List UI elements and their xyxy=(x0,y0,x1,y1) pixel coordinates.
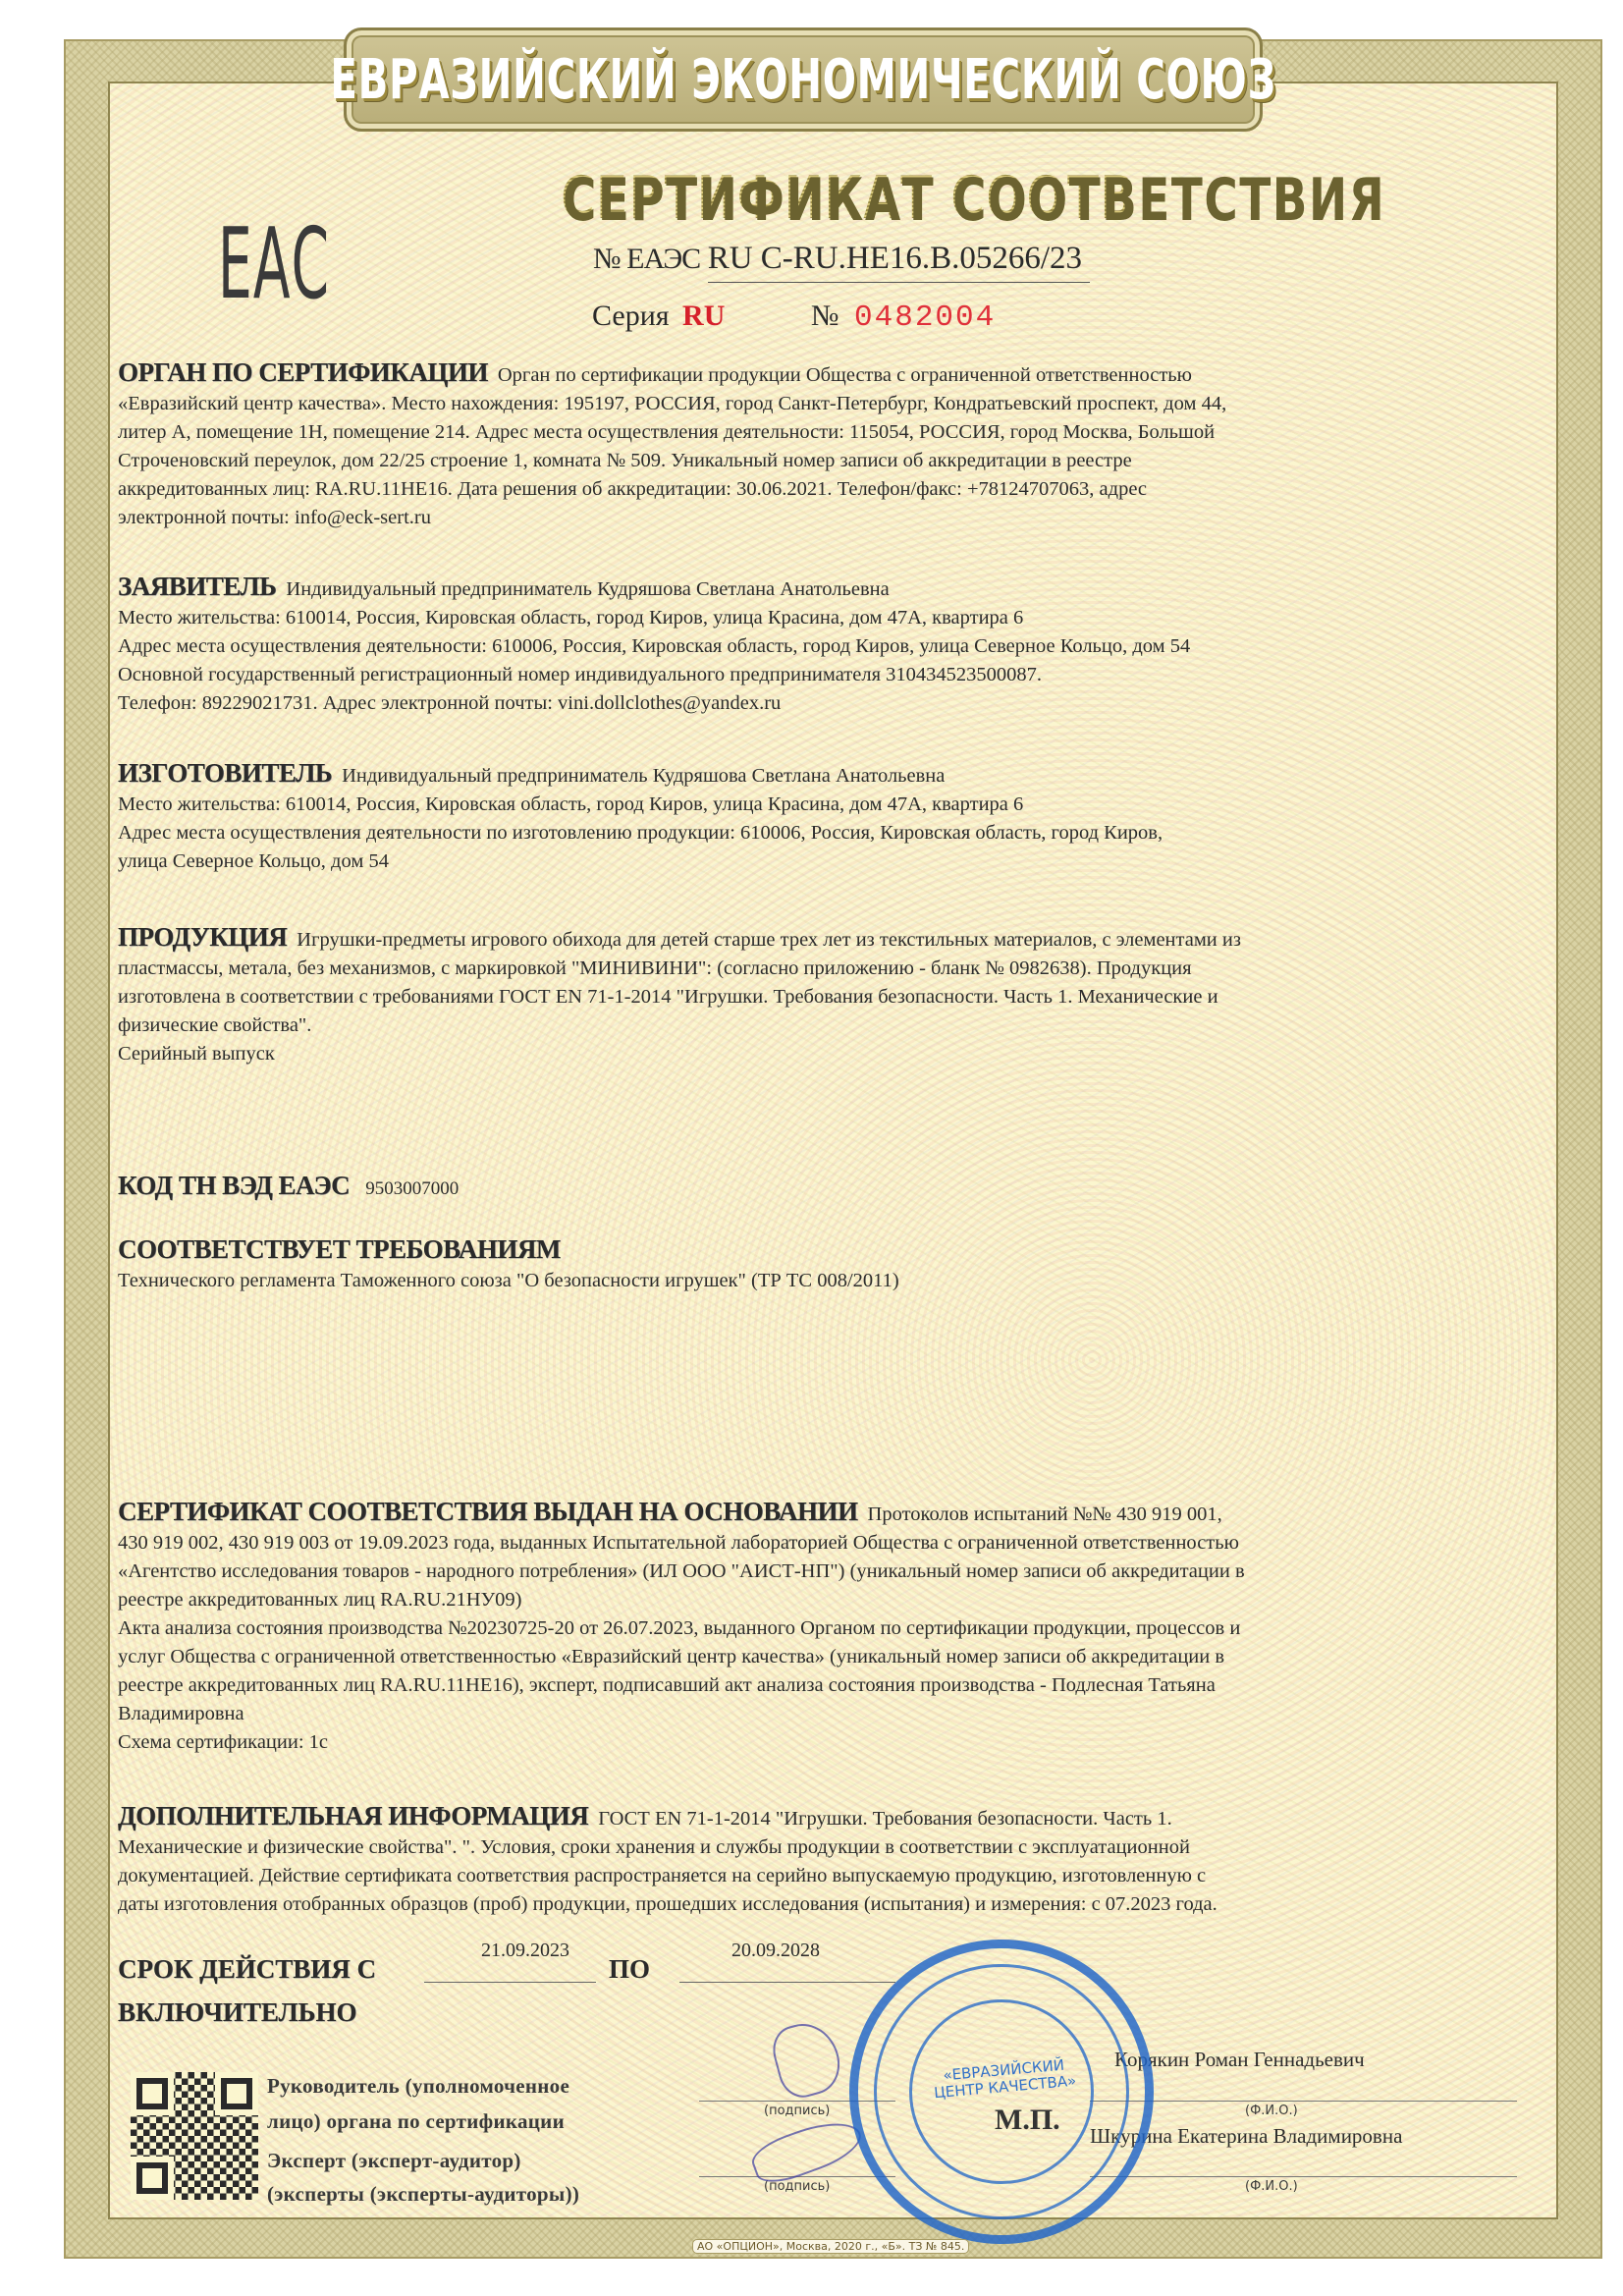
section-certification-body: ОРГАН ПО СЕРТИФИКАЦИИОрган по сертификац… xyxy=(118,358,1512,532)
section-heading: ОРГАН ПО СЕРТИФИКАЦИИ xyxy=(118,357,488,387)
section-product: ПРОДУКЦИЯИгрушки-предметы игрового обихо… xyxy=(118,923,1512,1068)
validity-to-label: ПО xyxy=(609,1954,650,1985)
head-label-line2: лицо) органа по сертификации xyxy=(267,2109,565,2134)
expert-label-line2: (эксперты (эксперты-аудиторы)) xyxy=(267,2182,579,2207)
section-manufacturer: ИЗГОТОВИТЕЛЬИндивидуальный предпринимате… xyxy=(118,759,1512,876)
section-heading: ИЗГОТОВИТЕЛЬ xyxy=(118,758,332,788)
expert-label-line1: Эксперт (эксперт-аудитор) xyxy=(267,2149,521,2173)
section-additional-info: ДОПОЛНИТЕЛЬНАЯ ИНФОРМАЦИЯГОСТ EN 71-1-20… xyxy=(118,1802,1512,1919)
printer-imprint: АО «ОПЦИОН», Москва, 2020 г., «Б». ТЗ № … xyxy=(692,2239,969,2254)
head-fio-caption: (Ф.И.О.) xyxy=(1245,2104,1298,2118)
seal-label: М.П. xyxy=(995,2104,1060,2137)
section-heading: ДОПОЛНИТЕЛЬНАЯ ИНФОРМАЦИЯ xyxy=(118,1801,588,1831)
to-date: 20.09.2028 xyxy=(731,1940,820,1962)
section-heading: СЕРТИФИКАТ СООТВЕТСТВИЯ ВЫДАН НА ОСНОВАН… xyxy=(118,1497,858,1526)
certificate-title: СЕРТИФИКАТ СООТВЕТСТВИЯ xyxy=(561,164,1127,233)
validity-inclusive-label: ВКЛЮЧИТЕЛЬНО xyxy=(118,1997,357,2028)
section-applicant: ЗАЯВИТЕЛЬИндивидуальный предприниматель … xyxy=(118,573,1512,718)
from-date: 21.09.2023 xyxy=(481,1940,569,1962)
section-heading: СООТВЕТСТВУЕТ ТРЕБОВАНИЯМ xyxy=(118,1234,561,1264)
section-hs-code: КОД ТН ВЭД ЕАЭС9503007000 xyxy=(118,1172,1512,1203)
expert-fio-caption: (Ф.И.О.) xyxy=(1245,2179,1298,2194)
blank-number-label: № xyxy=(811,300,839,332)
registration-label: № ЕАЭС xyxy=(593,243,700,275)
registration-number-row: № ЕАЭС RU С-RU.НЕ16.В.05266/23 xyxy=(593,241,1090,277)
head-signature-caption: (подпись) xyxy=(764,2104,830,2118)
from-date-line xyxy=(424,1981,596,1983)
section-heading: ЗАЯВИТЕЛЬ xyxy=(118,572,276,601)
section-conformity: СООТВЕТСТВУЕТ ТРЕБОВАНИЯМ Технического р… xyxy=(118,1235,1512,1295)
union-banner: ЕВРАЗИЙСКИЙ ЭКОНОМИЧЕСКИЙ СОЮЗ xyxy=(344,27,1263,132)
series-row: Серия RU № 0482004 xyxy=(592,300,996,335)
section-heading: ПРОДУКЦИЯ xyxy=(118,922,287,952)
section-heading: КОД ТН ВЭД ЕАЭС xyxy=(118,1171,350,1200)
section-issued-basis: СЕРТИФИКАТ СООТВЕТСТВИЯ ВЫДАН НА ОСНОВАН… xyxy=(118,1498,1512,1757)
union-title: ЕВРАЗИЙСКИЙ ЭКОНОМИЧЕСКИЙ СОЮЗ xyxy=(330,48,1276,112)
series-label: Серия xyxy=(592,300,670,332)
blank-number: 0482004 xyxy=(854,301,996,335)
hs-code-value: 9503007000 xyxy=(365,1178,459,1199)
to-date-line xyxy=(679,1981,895,1983)
series-value: RU xyxy=(682,300,725,332)
validity-from-label: СРОК ДЕЙСТВИЯ С xyxy=(118,1954,376,1985)
head-fio-line xyxy=(1090,2100,1517,2102)
head-label-line1: Руководитель (уполномоченное xyxy=(267,2074,569,2099)
qr-code-icon xyxy=(131,2072,258,2200)
expert-fio-line xyxy=(1090,2175,1517,2177)
registration-number: RU С-RU.НЕ16.В.05266/23 xyxy=(708,241,1090,283)
eac-logo-icon: ЕАС xyxy=(218,206,330,321)
